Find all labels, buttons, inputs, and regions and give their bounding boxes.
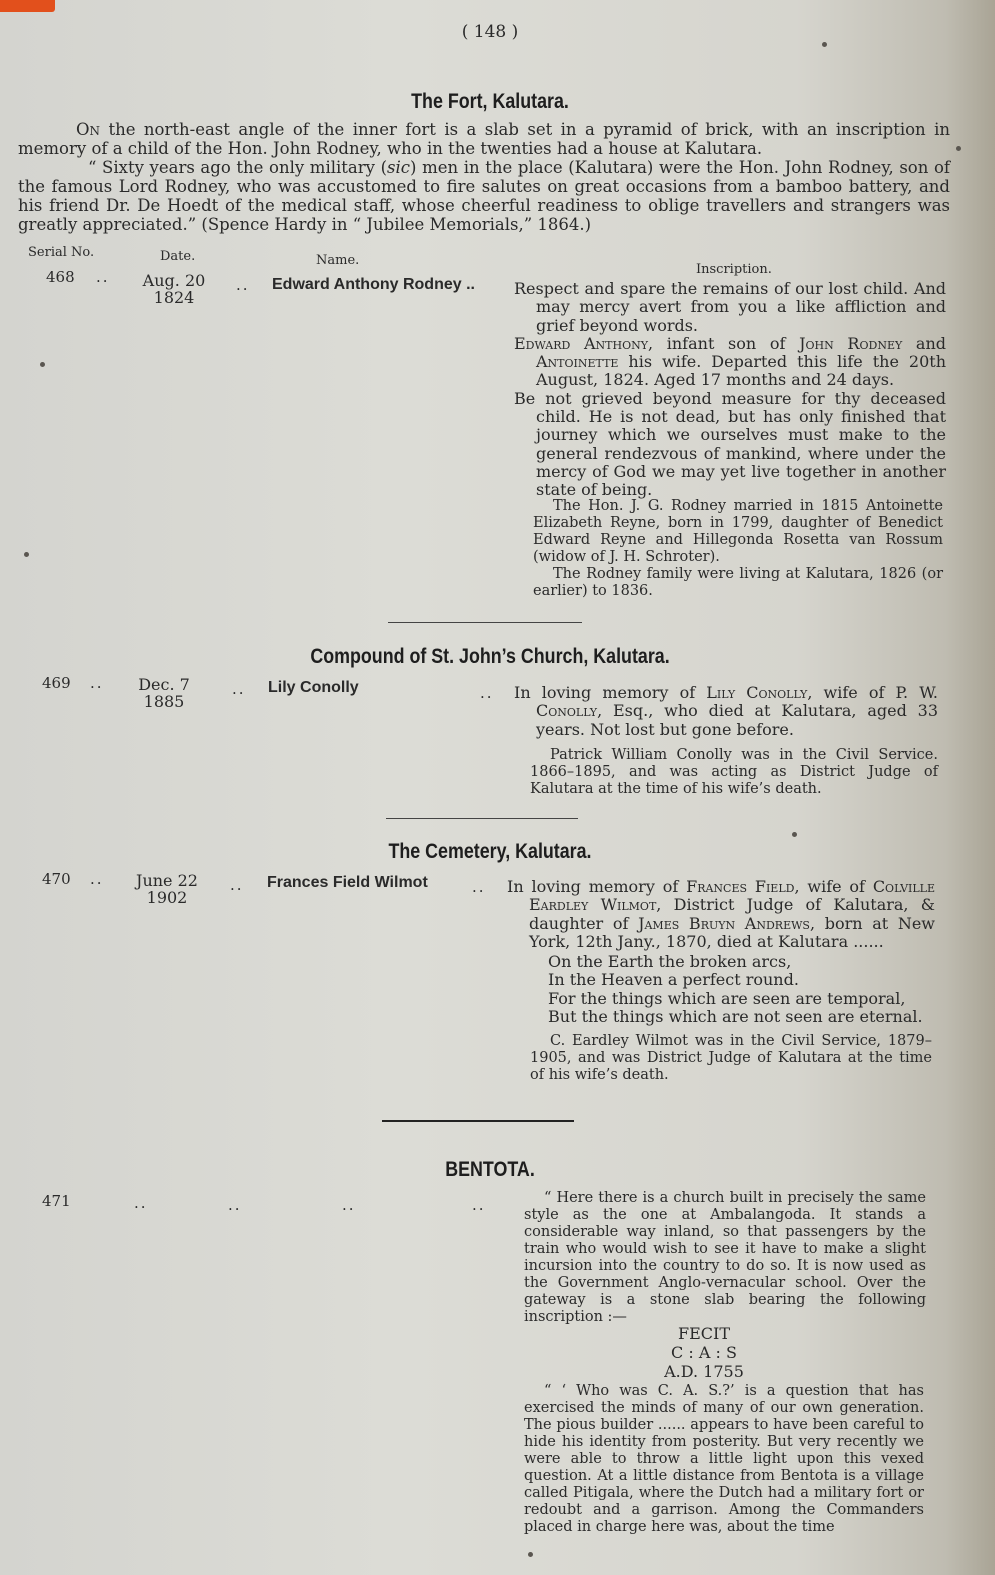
column-header-inscription: Inscription. [696,262,772,277]
section-title-cemetery: The Cemetery, Kalutara. [74,840,907,864]
page-number: ( 148 ) [0,22,980,42]
separator-dots: .. [90,870,104,888]
inscription-469: In loving memory of Lily Conolly, wife o… [514,684,938,739]
intro-text: On the north-east angle of the inner for… [18,120,950,234]
separator-dots: .. [480,684,494,702]
date-470: June 22 1902 [128,872,206,906]
inscription-468: Respect and spare the remains of our los… [514,280,946,500]
serial-468: 468 [46,268,75,286]
note-468: The Hon. J. G. Rodney married in 1815 An… [533,498,943,600]
slab-inscription: FECIT C : A : S A.D. 1755 [624,1324,784,1381]
paper-spot [528,1552,533,1557]
separator-dots: .. [232,680,246,698]
separator-dots: .. [472,878,486,896]
date-468: Aug. 20 1824 [138,272,210,306]
section-title-fort: The Fort, Kalutara. [74,90,907,114]
separator-dots: .. [342,1196,356,1214]
quote-471-part1: “ Here there is a church built in precis… [524,1190,926,1326]
column-header-name: Name. [316,253,359,268]
separator-dots: .. [472,1196,486,1214]
quote-471-part2: “ ‘ Who was C. A. S.?’ is a question tha… [524,1383,924,1536]
orange-tab-marker [0,0,55,12]
column-header-date: Date. [160,249,195,264]
separator-dots: .. [230,876,244,894]
column-header-serial: Serial No. [28,245,94,260]
intro-lead: On [76,120,100,139]
paper-spot [822,42,827,47]
divider [386,818,578,819]
divider [388,622,582,623]
separator-dots: .. [228,1196,242,1214]
separator-dots: .. [96,268,110,286]
verse-470: On the Earth the broken arcs, In the Hea… [548,953,938,1026]
section-title-st-johns: Compound of St. John’s Church, Kalutara. [74,645,907,669]
paper-spot [792,832,797,837]
inscription-470: In loving memory of Frances Field, wife … [507,878,935,951]
name-470: Frances Field Wilmot [267,874,428,892]
separator-dots: .. [90,674,104,692]
divider-thick [382,1120,574,1122]
name-469: Lily Conolly [268,679,359,697]
serial-469: 469 [42,674,71,692]
section-title-bentota: BENTOTA. [74,1158,907,1182]
paper-spot [956,146,961,151]
separator-dots: .. [236,276,250,294]
note-469: Patrick William Conolly was in the Civil… [530,747,938,798]
note-470: C. Eardley Wilmot was in the Civil Servi… [530,1033,932,1084]
date-469: Dec. 7 1885 [134,676,194,710]
serial-471: 471 [42,1192,71,1210]
paper-spot [40,362,45,367]
paper-spot [24,552,29,557]
name-468: Edward Anthony Rodney .. [272,276,475,294]
separator-dots: .. [134,1194,148,1212]
serial-470: 470 [42,870,71,888]
